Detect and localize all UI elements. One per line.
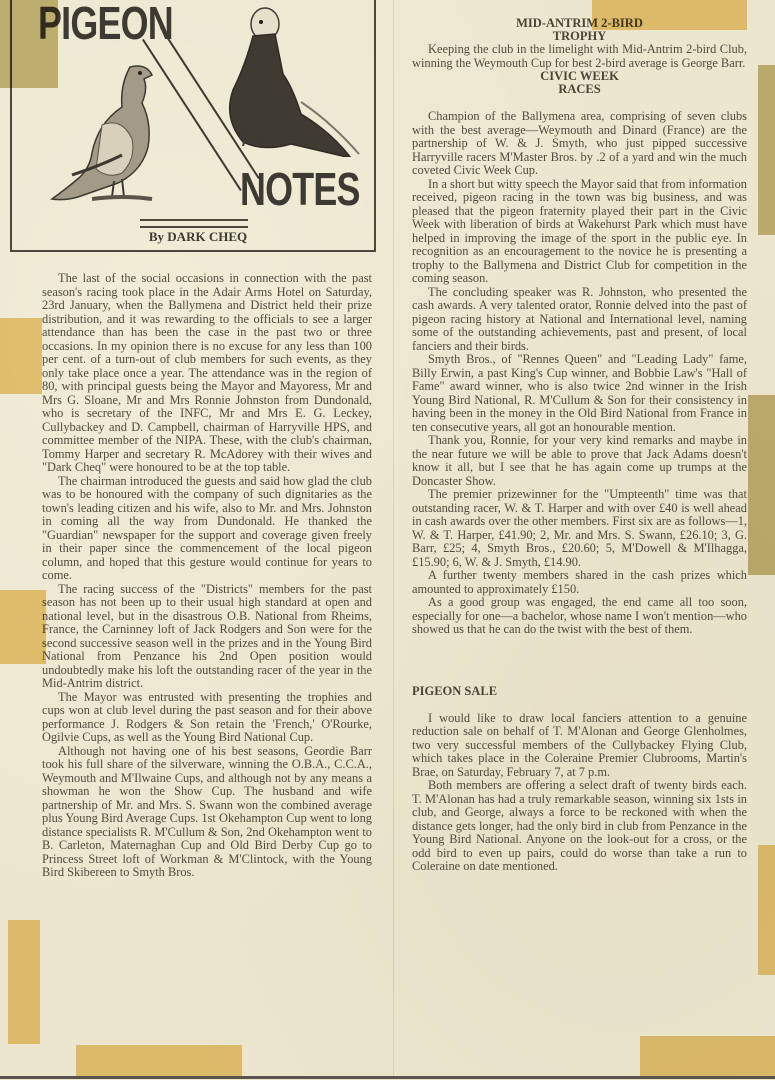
adhesive-tape-mark [640,1036,775,1076]
adhesive-tape-mark [0,318,42,394]
left-column: The last of the social occasions in conn… [42,272,372,880]
byline: By DARK CHEQ [12,229,374,245]
adhesive-tape-mark [76,1045,242,1076]
article-paragraph: The Mayor was entrusted with presenting … [42,691,372,745]
racing-pigeon-illustration [42,55,162,205]
column-divider [393,0,394,1076]
clipping-bottom-edge [0,1076,775,1079]
adhesive-tape-mark [8,920,40,1044]
masthead-title-notes: NOTES [240,162,360,216]
article-paragraph: The premier prizewinner for the "Umpteen… [412,488,747,569]
article-paragraph: Champion of the Ballymena area, comprisi… [412,110,747,178]
article-paragraph: The last of the social occasions in conn… [42,272,372,475]
article-paragraph: I would like to draw local fanciers atte… [412,712,747,780]
adhesive-tape-mark [758,845,775,975]
article-paragraph: As a good group was engaged, the end cam… [412,596,747,637]
article-paragraph: The chairman introduced the guests and s… [42,475,372,583]
right-column: MID-ANTRIM 2-BIRD TROPHY Keeping the clu… [412,17,747,874]
article-paragraph: A further twenty members shared in the c… [412,569,747,596]
byline-rule [140,219,248,228]
adhesive-tape-mark [0,590,46,664]
section-heading: RACES [412,83,747,96]
adhesive-tape-mark [758,65,775,235]
section-heading: PIGEON SALE [412,685,747,698]
article-paragraph: The concluding speaker was R. Johnston, … [412,286,747,354]
masthead-title-pigeon: PIGEON [38,0,173,50]
article-paragraph: Although not having one of his best seas… [42,745,372,880]
adhesive-tape-mark [0,0,58,88]
article-paragraph: Thank you, Ronnie, for your very kind re… [412,434,747,488]
article-paragraph: Smyth Bros., of "Rennes Queen" and "Lead… [412,353,747,434]
article-paragraph: In a short but witty speech the Mayor sa… [412,178,747,286]
pouter-pigeon-illustration [217,2,367,157]
article-paragraph: The racing success of the "Districts" me… [42,583,372,691]
article-paragraph: Keeping the club in the limelight with M… [412,43,747,70]
newspaper-clipping: PIGEON NOTES By DARK CHEQ The last of th… [0,0,775,1080]
adhesive-tape-mark [592,0,747,30]
article-paragraph: Both members are offering a select draft… [412,779,747,874]
adhesive-tape-mark [748,395,775,575]
column-masthead: PIGEON NOTES By DARK CHEQ [10,0,376,252]
